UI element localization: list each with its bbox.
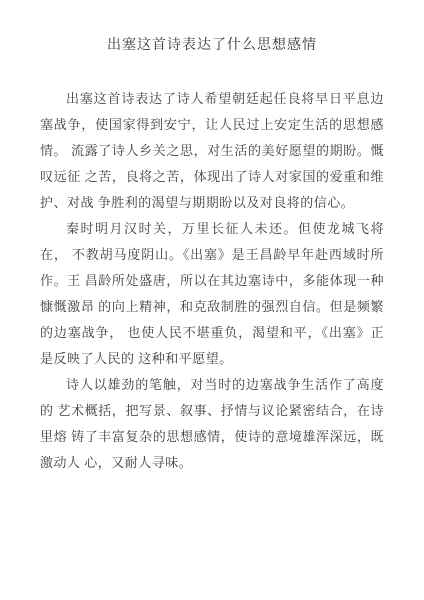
- paragraph-1: 出塞这首诗表达了诗人希望朝廷起任良将早日平息边 塞战争，使国家得到安宁，让人民过…: [40, 86, 384, 216]
- document-page: 出塞这首诗表达了什么思想感情 出塞这首诗表达了诗人希望朝廷起任良将早日平息边 塞…: [0, 0, 424, 600]
- document-title: 出塞这首诗表达了什么思想感情: [40, 36, 384, 56]
- paragraph-2: 秦时明月汉时关，万里长征人未还。但使龙城飞将在， 不教胡马度阴山。《出塞》是王昌…: [40, 216, 384, 372]
- document-body: 出塞这首诗表达了诗人希望朝廷起任良将早日平息边 塞战争，使国家得到安宁，让人民过…: [40, 86, 384, 476]
- paragraph-3: 诗人以雄劲的笔触，对当时的边塞战争生活作了高度的 艺术概括，把写景、叙事、抒情与…: [40, 372, 384, 476]
